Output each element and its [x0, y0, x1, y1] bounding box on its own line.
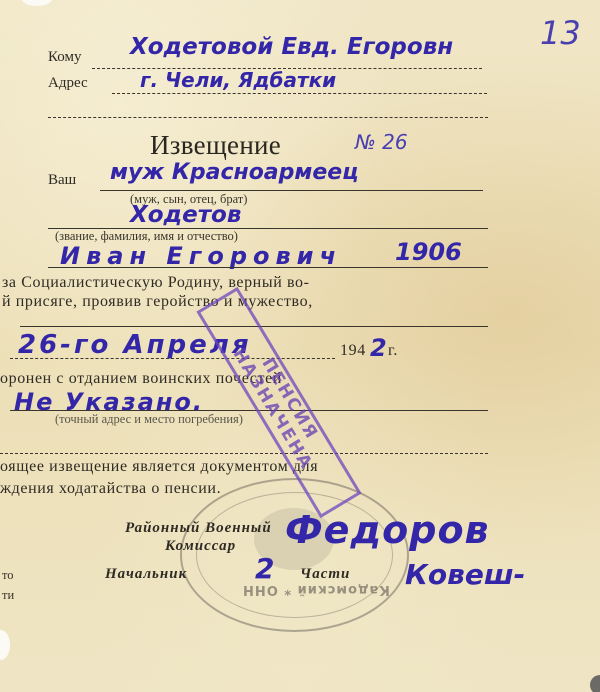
round-official-seal: Кадомский * ОНН: [180, 478, 409, 632]
death-year-unit: г.: [388, 342, 398, 360]
paper-tear-left: [0, 630, 10, 660]
margin-fragment-2: ти: [2, 588, 14, 603]
signatory-line-3-suffix: Части: [300, 566, 350, 583]
notice-number: № 26: [355, 130, 408, 154]
burial-line-2: [0, 453, 488, 454]
death-date-line: [10, 358, 335, 359]
address-value: г. Чели, Ядбатки: [140, 68, 336, 92]
address-label: Адрес: [48, 75, 88, 92]
page-number: 13: [540, 14, 581, 52]
recipient-value: Ходетовой Евд. Егоровн: [130, 34, 453, 60]
signature-secondary: Ковеш-: [405, 558, 525, 591]
body-line-1: за Социалистическую Родину, верный во-: [2, 274, 310, 292]
pension-stamp-text: ПЕНСИЯ НАЗНАЧЕНА: [207, 300, 355, 509]
address-line-2: [48, 117, 488, 118]
paper-tear-top: [22, 0, 52, 6]
birth-year: 1906: [395, 238, 462, 266]
relation-value: муж Красноармеец: [110, 160, 359, 185]
death-year-suffix: 2: [370, 334, 387, 362]
paper-tear-right: [590, 675, 600, 692]
signatory-line-2: Комиссар: [165, 538, 236, 555]
signatory-part-number: 2: [255, 552, 274, 585]
margin-fragment-1: то: [2, 568, 14, 583]
signature-primary: Федоров: [285, 508, 490, 552]
signatory-line-1: Районный Военный: [125, 520, 272, 537]
address-line: [112, 93, 487, 94]
pension-line-1: оящее извещение является документом для: [0, 458, 318, 476]
body-line-2: й присяге, проявив геройство и мужество,: [2, 293, 313, 311]
burial-caption: (точный адрес и место погребения): [55, 412, 243, 427]
surname-value: Ходетов: [130, 202, 241, 228]
pension-line-2: ждения ходатайства о пенсии.: [0, 480, 221, 498]
recipient-label: Кому: [48, 49, 81, 66]
relation-line: [100, 190, 483, 191]
death-year-prefix: 194: [340, 342, 366, 360]
name-line: [48, 267, 488, 268]
signatory-line-3-prefix: Начальник: [105, 566, 187, 583]
relation-label: Ваш: [48, 172, 76, 189]
burial-value-line: [10, 410, 488, 411]
name-value: Иван Егорович: [60, 242, 342, 270]
death-notice-document: 13 Кому Ходетовой Евд. Егоровн Адрес г. …: [0, 0, 600, 692]
document-title: Извещение: [150, 130, 281, 161]
